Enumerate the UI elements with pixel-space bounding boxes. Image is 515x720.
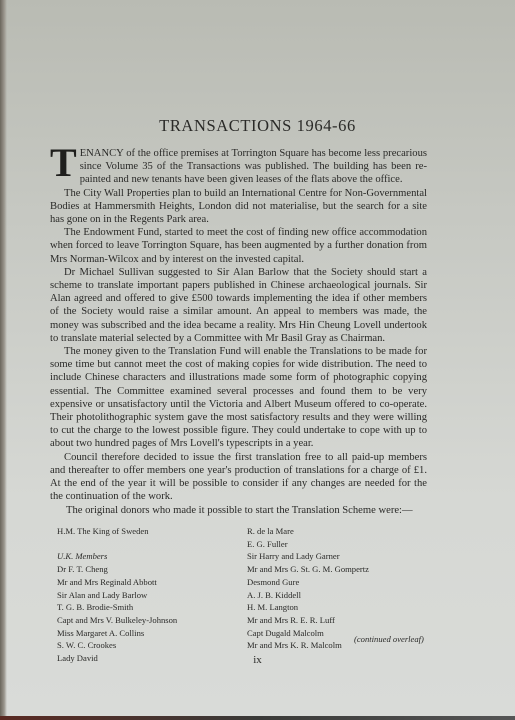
donor-name: H. M. Langton <box>247 601 369 614</box>
donor-name: T. G. B. Brodie-Smith <box>57 601 177 614</box>
paragraph-tenancy: TENANCY of the office premises at Torrin… <box>50 147 427 187</box>
page-bottom-edge <box>0 716 515 720</box>
paragraph-translation-fund: The money given to the Translation Fund … <box>50 345 427 451</box>
donors-right-column: R. de la Mare E. G. Fuller Sir Harry and… <box>247 525 369 652</box>
donor-name: Sir Alan and Lady Barlow <box>57 589 177 602</box>
book-spine-shadow <box>0 0 7 716</box>
donor-name: Desmond Gure <box>247 576 369 589</box>
donor-name: A. J. B. Kiddell <box>247 589 369 602</box>
page-number: ix <box>0 654 515 666</box>
donors-left-column: H.M. The King of Sweden U.K. Members Dr … <box>57 525 177 665</box>
donor-name: Capt Dugald Malcolm <box>247 627 369 640</box>
page-title: TRANSACTIONS 1964-66 <box>0 116 515 136</box>
section-heading-uk-members: U.K. Members <box>57 550 177 563</box>
donor-name: Dr F. T. Cheng <box>57 563 177 576</box>
donor-name: Mr and Mrs G. St. G. M. Gompertz <box>247 563 369 576</box>
donors-intro: The original donors who made it possible… <box>66 505 413 516</box>
donor-name: Mr and Mrs Reginald Abbott <box>57 576 177 589</box>
body-text: TENANCY of the office premises at Torrin… <box>50 147 427 503</box>
drop-cap: T <box>50 148 77 178</box>
donor-name: E. G. Fuller <box>247 538 369 551</box>
continued-overleaf-note: (continued overleaf) <box>354 634 424 644</box>
book-page: TRANSACTIONS 1964-66 TENANCY of the offi… <box>0 0 515 716</box>
donor-name: R. de la Mare <box>247 525 369 538</box>
paragraph-city-wall: The City Wall Properties plan to build a… <box>50 187 427 227</box>
paragraph-translation-scheme: Dr Michael Sullivan suggested to Sir Ala… <box>50 266 427 345</box>
donor-royal: H.M. The King of Sweden <box>57 525 177 538</box>
donor-name: Mr and Mrs R. E. R. Luff <box>247 614 369 627</box>
paragraph-council: Council therefore decided to issue the f… <box>50 451 427 504</box>
donor-name: Capt and Mrs V. Bulkeley-Johnson <box>57 614 177 627</box>
donor-name: Miss Margaret A. Collins <box>57 627 177 640</box>
paragraph-endowment: The Endowment Fund, started to meet the … <box>50 226 427 266</box>
donor-name: Sir Harry and Lady Garner <box>247 550 369 563</box>
donor-name: Mr and Mrs K. R. Malcolm <box>247 639 369 652</box>
donor-name: S. W. C. Crookes <box>57 639 177 652</box>
